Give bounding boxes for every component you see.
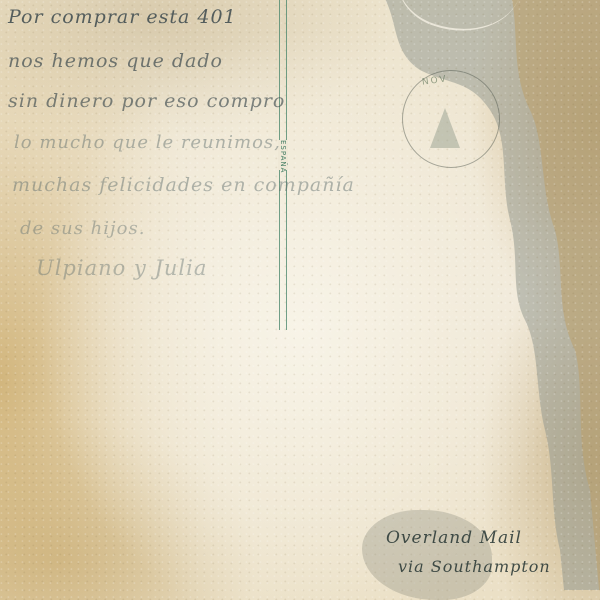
message-signature: Ulpiano y Julia	[36, 256, 207, 280]
address-line-2: via Southampton	[398, 557, 551, 576]
address-line-1: Overland Mail	[386, 528, 522, 548]
message-line: Por comprar esta 401	[8, 6, 237, 28]
message-line: de sus hijos.	[20, 218, 145, 239]
address-stain	[362, 510, 492, 600]
message-line: lo mucho que le reunimos,	[14, 132, 281, 153]
message-line: nos hemos que dado	[8, 50, 223, 72]
postmark-stamp-icon	[402, 70, 500, 168]
paper-crease	[389, 0, 532, 48]
message-line: muchas felicidades en compañía	[12, 174, 355, 196]
message-line: sin dinero por eso compro	[8, 90, 285, 112]
postcard: ESPAÑA Por comprar esta 401 nos hemos qu…	[0, 0, 600, 600]
